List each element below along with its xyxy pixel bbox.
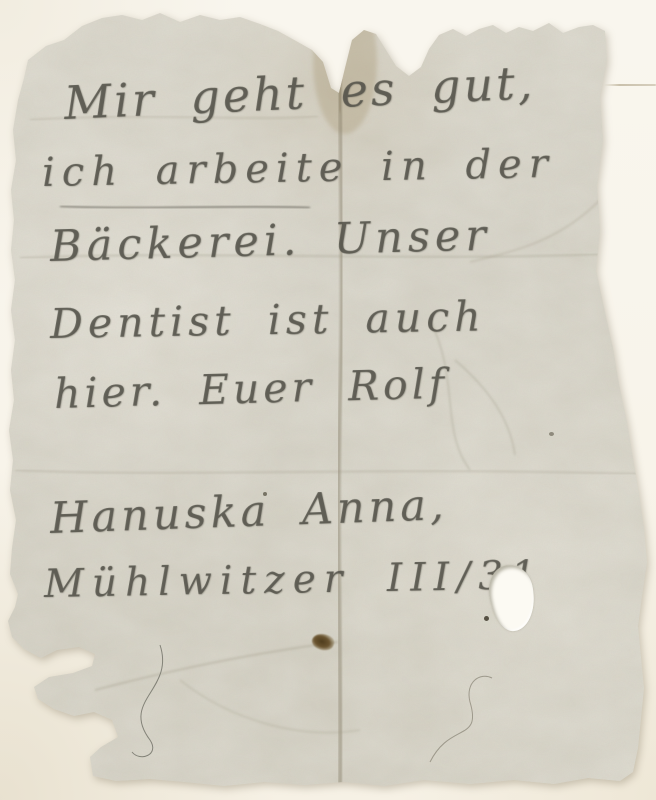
handwriting-line-2: ich arbeite in der <box>42 141 556 196</box>
dirt-speck <box>263 492 267 496</box>
photo-backdrop: Mir geht es gut, ich arbeite in der Bäck… <box>0 0 656 800</box>
dirt-speck <box>549 432 554 436</box>
handwriting-line-4: Dentist ist auch <box>50 292 486 348</box>
handwriting-line-7: Mühlwitzer III/31 <box>44 553 545 607</box>
dirt-speck <box>484 616 489 621</box>
pencil-underline <box>60 206 310 208</box>
note-paper-shadow-wrap: Mir geht es gut, ich arbeite in der Bäck… <box>0 0 656 800</box>
note-paper: Mir geht es gut, ich arbeite in der Bäck… <box>0 0 656 800</box>
